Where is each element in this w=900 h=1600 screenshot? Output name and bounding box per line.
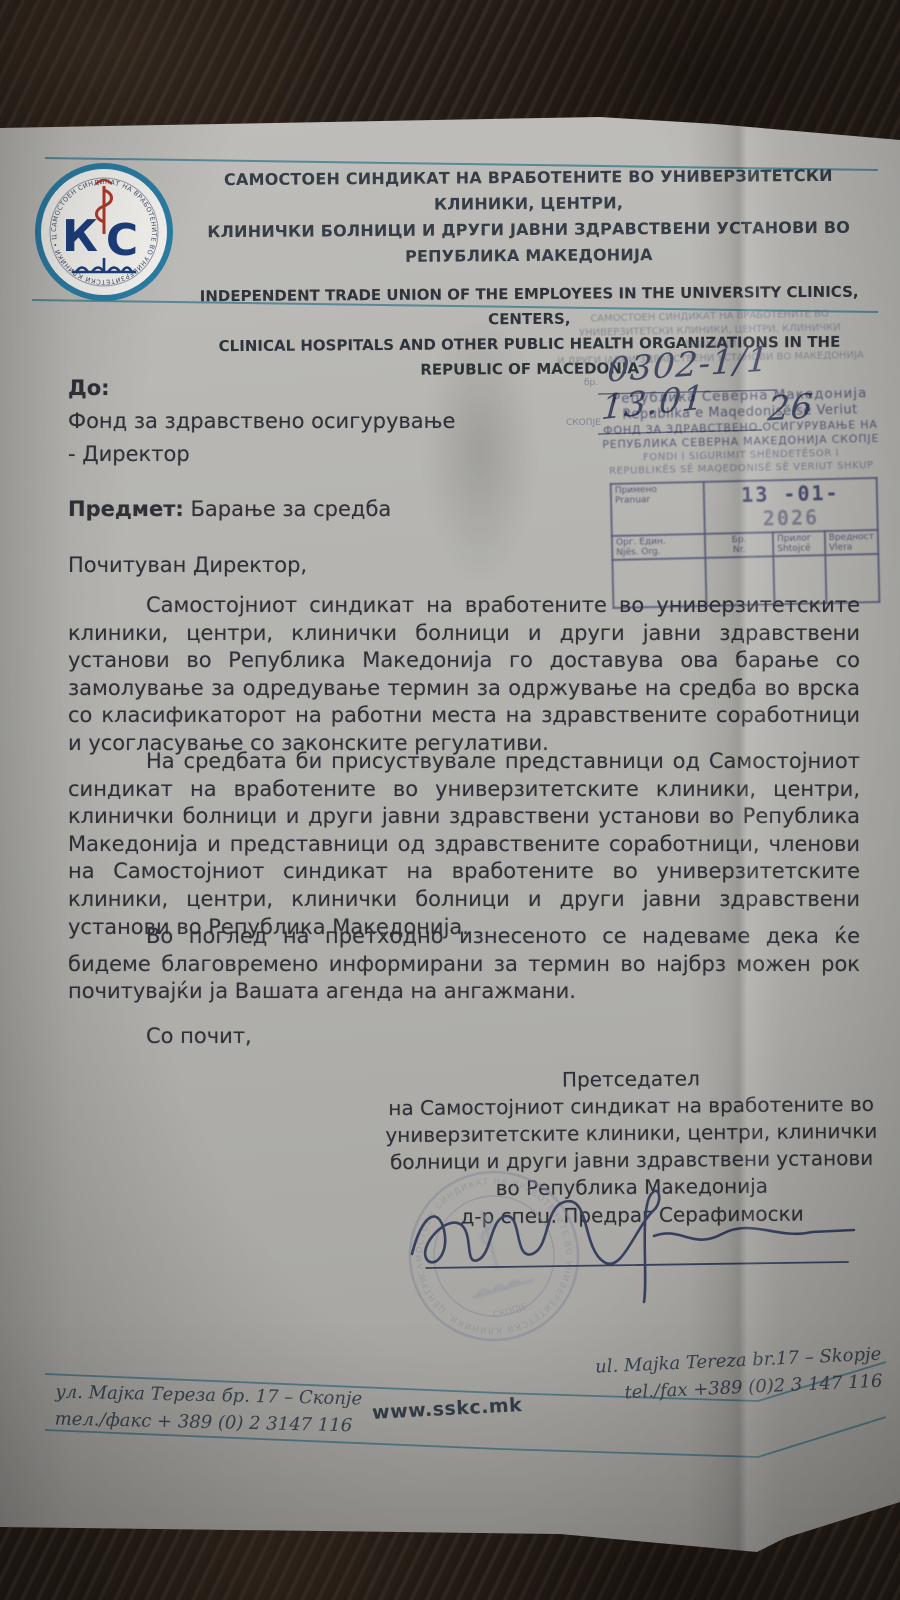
footer-website: www.sskc.mk xyxy=(372,1394,523,1424)
signer-org-line1: на Самостојниот синдикат на вработените … xyxy=(383,1091,880,1122)
salutation: Почитуван Директор, xyxy=(68,553,307,577)
date-stamp: 13 -01- 2026 xyxy=(708,480,874,532)
received-label-sq: Pranuar xyxy=(615,494,700,506)
footer-address-en: ul. Majka Tereza br.17 – Skopje tel./fax… xyxy=(557,1341,883,1410)
received-label-cell: Примено Pranuar xyxy=(611,482,705,536)
to-label: До: xyxy=(68,372,455,405)
footer-address-mk: ул. Мајка Тереза бр. 17 – Скопје тел./фа… xyxy=(54,1379,362,1440)
col-value-cell: ВредностVlera xyxy=(825,530,879,555)
logo-letter-k: К xyxy=(62,211,98,262)
recipient-attn: - Директор xyxy=(68,438,455,471)
subject-line: Предмет: Барање за средба xyxy=(68,497,391,521)
stamp-number-label: бр. xyxy=(584,378,598,388)
body-paragraph-1: Самостојниот синдикат на вработените во … xyxy=(68,592,860,758)
received-stamp-table: Примено Pranuar 13 -01- 2026 Орг. Един.N… xyxy=(610,477,881,609)
recipient-block: До: Фонд за здравствено осигурување - Ди… xyxy=(68,372,455,471)
signer-org-line2: универзитетските клиники, центри, клинич… xyxy=(383,1118,880,1149)
col-enclosure-cell: ПрилогShtojcë xyxy=(773,531,825,556)
org-title-mk-line1: САМОСТОЕН СИНДИКАТ НА ВРАБОТЕНИТЕ ВО УНИ… xyxy=(177,163,879,220)
subject-text: Барање за средба xyxy=(190,497,391,521)
letter-paper: САМОСТОЕН СИНДИКАТ НА ВРАБОТЕНИТЕ ВО УНИ… xyxy=(0,0,900,1600)
photo-of-letter: САМОСТОЕН СИНДИКАТ НА ВРАБОТЕНИТЕ ВО УНИ… xyxy=(0,0,900,1600)
org-title-mk-line2: КЛИНИЧКИ БОЛНИЦИ И ДРУГИ ЈАВНИ ЗДРАВСТВЕ… xyxy=(178,215,880,272)
body-paragraph-3: Во поглед на претходно изнесеното се над… xyxy=(68,923,860,1006)
handwritten-signature xyxy=(392,1170,872,1320)
received-date-cell: 13 -01- 2026 xyxy=(704,478,878,534)
footer-phone-mk: тел./факс + 389 (0) 2 3147 116 xyxy=(54,1406,361,1440)
logo-letter-s: С xyxy=(106,215,138,266)
union-logo: САМОСТОЕН СИНДИКАТ НА ВРАБОТЕНИТЕ ВО УНИ… xyxy=(22,156,187,321)
recipient-org: Фонд за здравствено осигурување xyxy=(68,405,455,438)
received-row: Примено Pranuar 13 -01- 2026 xyxy=(611,478,878,536)
closing: Со почит, xyxy=(146,1024,252,1048)
received-stamp: Република Северна Македонија Republika e… xyxy=(594,385,891,610)
signer-title: Претседател xyxy=(382,1064,879,1095)
col-org-cell: Орг. Един.Njës. Org. xyxy=(612,534,705,560)
subject-label: Предмет: xyxy=(68,497,184,521)
col-number-cell: Бр.Nr. xyxy=(705,532,774,558)
body-paragraph-2: На средбата би присуствувале представниц… xyxy=(68,748,860,941)
